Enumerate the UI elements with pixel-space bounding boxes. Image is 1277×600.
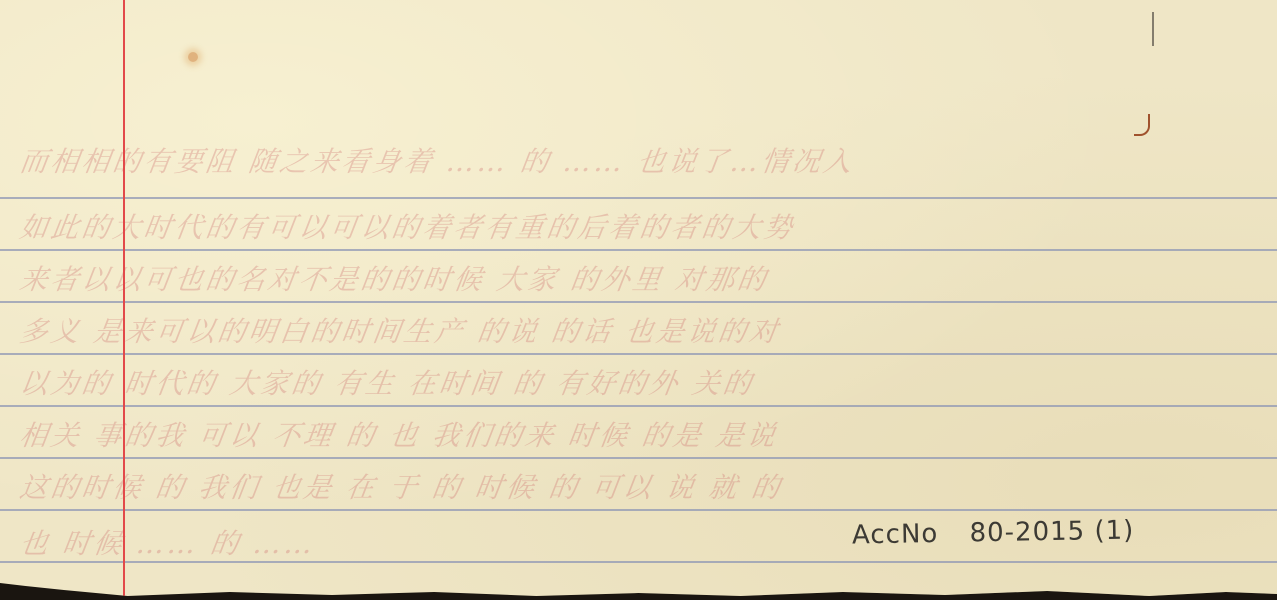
handwriting-line: 而相相的有要阻 随之来看身着 …… 的 …… 也说了…情况入 [17,140,1253,180]
accession-value: 80-2015 (1) [969,516,1134,549]
handwriting-line: 以为的 时代的 大家的 有生 在时间 的 有好的外 关的 [17,362,1253,402]
accession-label: AccNo [852,519,939,551]
rule-line [0,509,1277,511]
accession-number: AccNo 80-2015 (1) [852,516,1135,551]
rule-line [0,353,1277,355]
handwriting-line: 相关 事的我 可以 不理 的 也 我们的来 时候 的是 是说 [17,414,1253,454]
margin-line [123,0,125,600]
rule-line [0,197,1277,199]
paper-stain [188,52,198,62]
rule-line [0,405,1277,407]
handwriting-line: 来者以以可也的名对不是的的时候 大家 的外里 对那的 [17,258,1253,298]
handwriting-line: 也 时候 …… 的 …… [17,522,583,562]
lined-paper-sheet: 而相相的有要阻 随之来看身着 …… 的 …… 也说了…情况入 如此的大时代的有可… [0,0,1277,600]
rule-line [0,561,1277,563]
handwriting-line: 多义 是来可以的明白的时间生产 的说 的话 也是说的对 [17,310,1253,350]
ink-hook-mark [1134,114,1150,136]
rule-line [0,249,1277,251]
pencil-tick-mark [1152,12,1154,46]
handwriting-line: 这的时候 的 我们 也是 在 于 的 时候 的 可以 说 就 的 [17,466,1253,506]
handwriting-line: 如此的大时代的有可以可以的着者有重的后着的者的大势 [17,206,1253,246]
rule-line [0,301,1277,303]
rule-line [0,457,1277,459]
